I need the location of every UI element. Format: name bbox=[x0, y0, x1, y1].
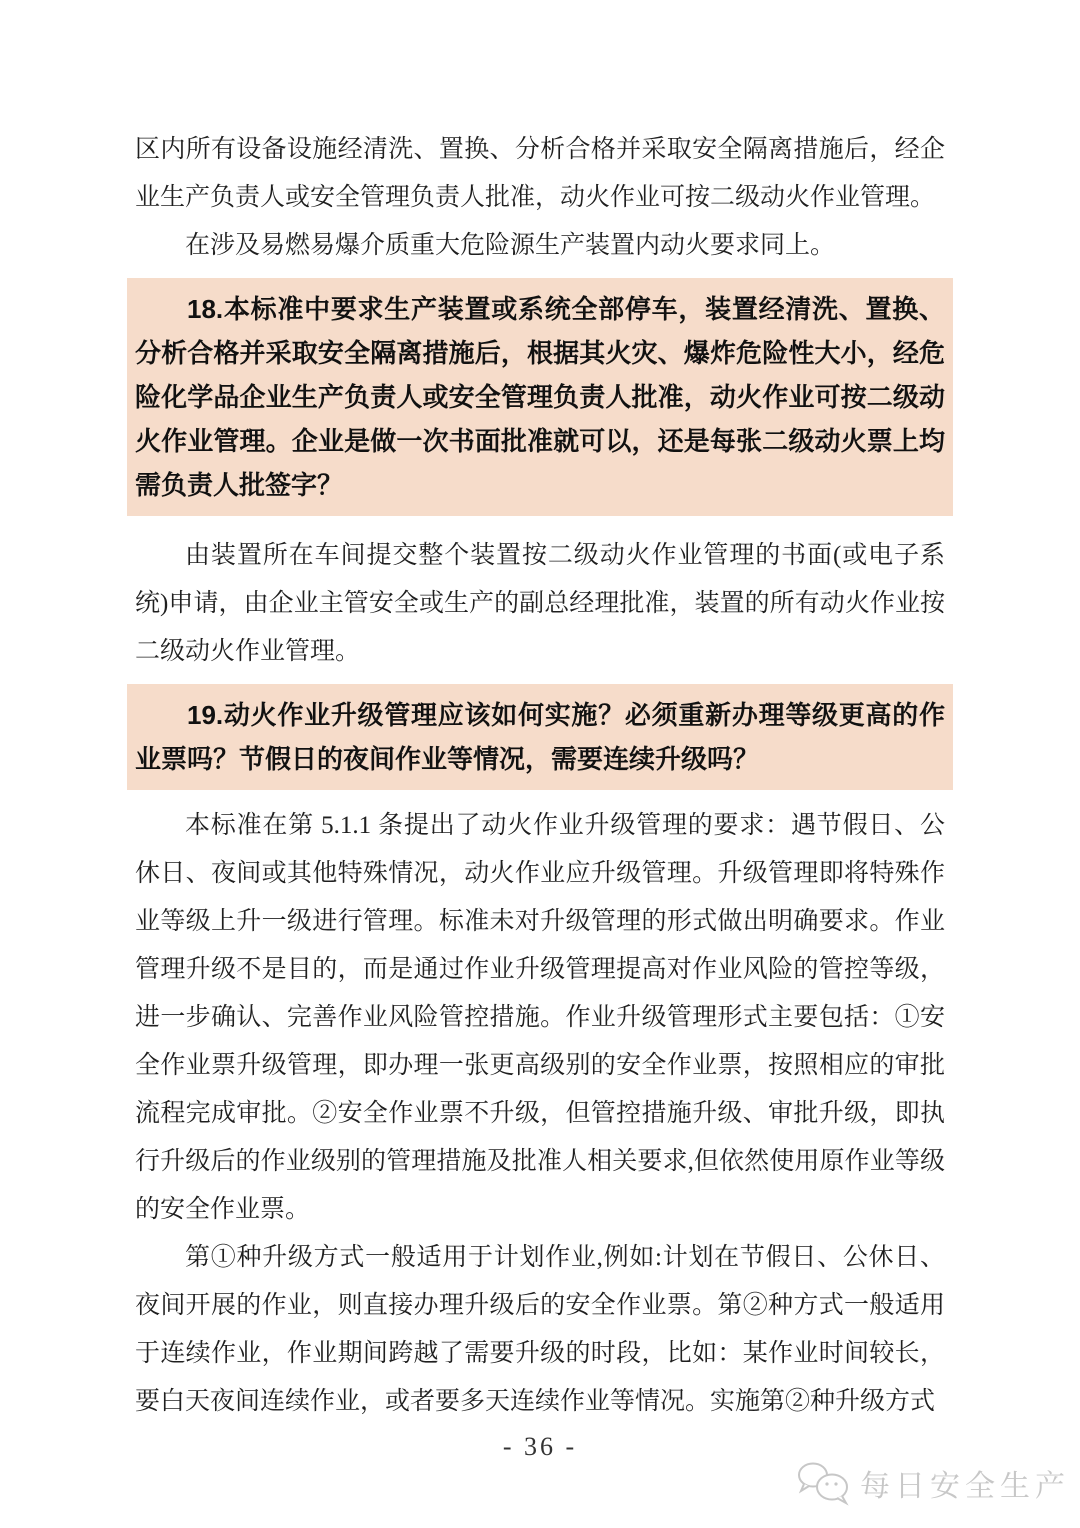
page-number: - 36 - bbox=[135, 1432, 945, 1462]
question-block-18: 18.本标准中要求生产装置或系统全部停车，装置经清洗、置换、分析合格并采取安全隔… bbox=[127, 278, 953, 516]
body-paragraph: 在涉及易燃易爆介质重大危险源生产装置内动火要求同上。 bbox=[135, 222, 945, 270]
question-block-19: 19.动火作业升级管理应该如何实施？必须重新办理等级更高的作业票吗？节假日的夜间… bbox=[127, 684, 953, 790]
body-paragraph: 第①种升级方式一般适用于计划作业,例如:计划在节假日、公休日、夜间开展的作业，则… bbox=[135, 1234, 945, 1426]
document-page: 区内所有设备设施经清洗、置换、分析合格并采取安全隔离措施后，经企业生产负责人或安… bbox=[0, 0, 1080, 1528]
watermark: 每日安全生产 bbox=[796, 1460, 1070, 1506]
wechat-logo-icon bbox=[796, 1460, 852, 1506]
watermark-label: 每日安全生产 bbox=[860, 1461, 1070, 1505]
body-paragraph: 由装置所在车间提交整个装置按二级动火作业管理的书面(或电子系统)申请，由企业主管… bbox=[135, 532, 945, 676]
body-paragraph: 本标准在第 5.1.1 条提出了动火作业升级管理的要求：遇节假日、公休日、夜间或… bbox=[135, 802, 945, 1234]
page-content: 区内所有设备设施经清洗、置换、分析合格并采取安全隔离措施后，经企业生产负责人或安… bbox=[0, 0, 1080, 1462]
body-paragraph-continuation: 区内所有设备设施经清洗、置换、分析合格并采取安全隔离措施后，经企业生产负责人或安… bbox=[135, 126, 945, 222]
